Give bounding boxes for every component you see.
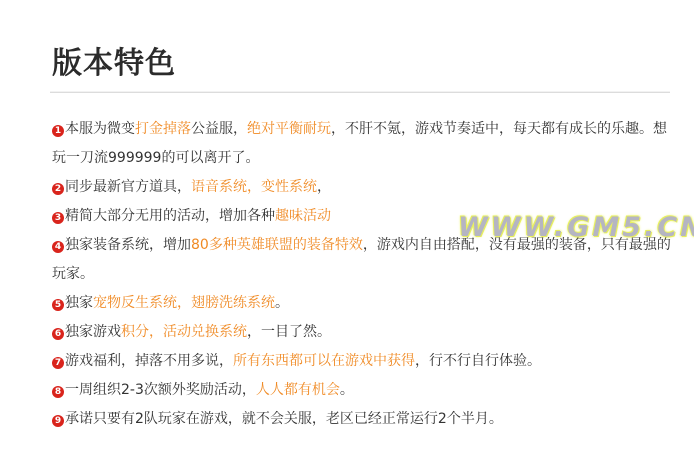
feature-text: 同步最新官方道具， (65, 179, 191, 195)
number-badge-icon: 6 (52, 328, 64, 340)
number-badge-icon: 2 (52, 183, 64, 195)
feature-highlight: 人人都有机会 (256, 382, 340, 398)
feature-text: 独家 (65, 295, 93, 311)
feature-text: ， (317, 179, 331, 195)
feature-highlight: 宠物反生系统，翅膀洗练系统 (93, 295, 275, 311)
feature-highlight: 语音系统，变性系统 (191, 179, 317, 195)
title-divider (50, 91, 670, 93)
feature-text: 本服为微变 (65, 121, 135, 137)
number-badge-icon: 1 (52, 125, 64, 137)
feature-text: 精简大部分无用的活动，增加各种 (65, 208, 275, 224)
feature-item: 8一周组织2-3次额外奖励活动，人人都有机会。 (52, 376, 672, 405)
feature-highlight: 80多种英雄联盟的装备特效 (191, 237, 363, 253)
feature-highlight: 趣味活动 (275, 208, 331, 224)
feature-item: 7游戏福利，掉落不用多说，所有东西都可以在游戏中获得，行不行自行体验。 (52, 347, 672, 376)
feature-text: 公益服， (191, 121, 247, 137)
feature-item: 5独家宠物反生系统，翅膀洗练系统。 (52, 289, 672, 318)
page-title: 版本特色 (52, 38, 176, 82)
feature-highlight: 绝对平衡耐玩 (247, 121, 331, 137)
feature-item: 2同步最新官方道具，语音系统，变性系统， (52, 173, 672, 202)
feature-item: 3精简大部分无用的活动，增加各种趣味活动 (52, 202, 672, 231)
number-badge-icon: 9 (52, 415, 64, 427)
number-badge-icon: 7 (52, 357, 64, 369)
feature-item: 1本服为微变打金掉落公益服，绝对平衡耐玩，不肝不氪，游戏节奏适中，每天都有成长的… (52, 115, 672, 173)
feature-list: 1本服为微变打金掉落公益服，绝对平衡耐玩，不肝不氪，游戏节奏适中，每天都有成长的… (52, 115, 672, 434)
feature-text: 。 (275, 295, 289, 311)
number-badge-icon: 3 (52, 212, 64, 224)
feature-highlight: 积分，活动兑换系统 (121, 324, 247, 340)
feature-highlight: 所有东西都可以在游戏中获得 (233, 353, 415, 369)
number-badge-icon: 5 (52, 299, 64, 311)
feature-text: 一周组织2-3次额外奖励活动， (65, 382, 256, 398)
feature-text: ，行不行自行体验。 (415, 353, 541, 369)
feature-text: 承诺只要有2队玩家在游戏，就不会关服，老区已经正常运行2个半月。 (65, 411, 503, 427)
feature-text: 独家装备系统，增加 (65, 237, 191, 253)
feature-item: 6独家游戏积分，活动兑换系统，一目了然。 (52, 318, 672, 347)
feature-item: 9承诺只要有2队玩家在游戏，就不会关服，老区已经正常运行2个半月。 (52, 405, 672, 434)
feature-highlight: 打金掉落 (135, 121, 191, 137)
feature-text: 游戏福利，掉落不用多说， (65, 353, 233, 369)
number-badge-icon: 8 (52, 386, 64, 398)
feature-text: 独家游戏 (65, 324, 121, 340)
feature-text: 。 (340, 382, 354, 398)
feature-text: ，一目了然。 (247, 324, 331, 340)
feature-item: 4独家装备系统，增加80多种英雄联盟的装备特效，游戏内自由搭配，没有最强的装备，… (52, 231, 672, 289)
number-badge-icon: 4 (52, 241, 64, 253)
